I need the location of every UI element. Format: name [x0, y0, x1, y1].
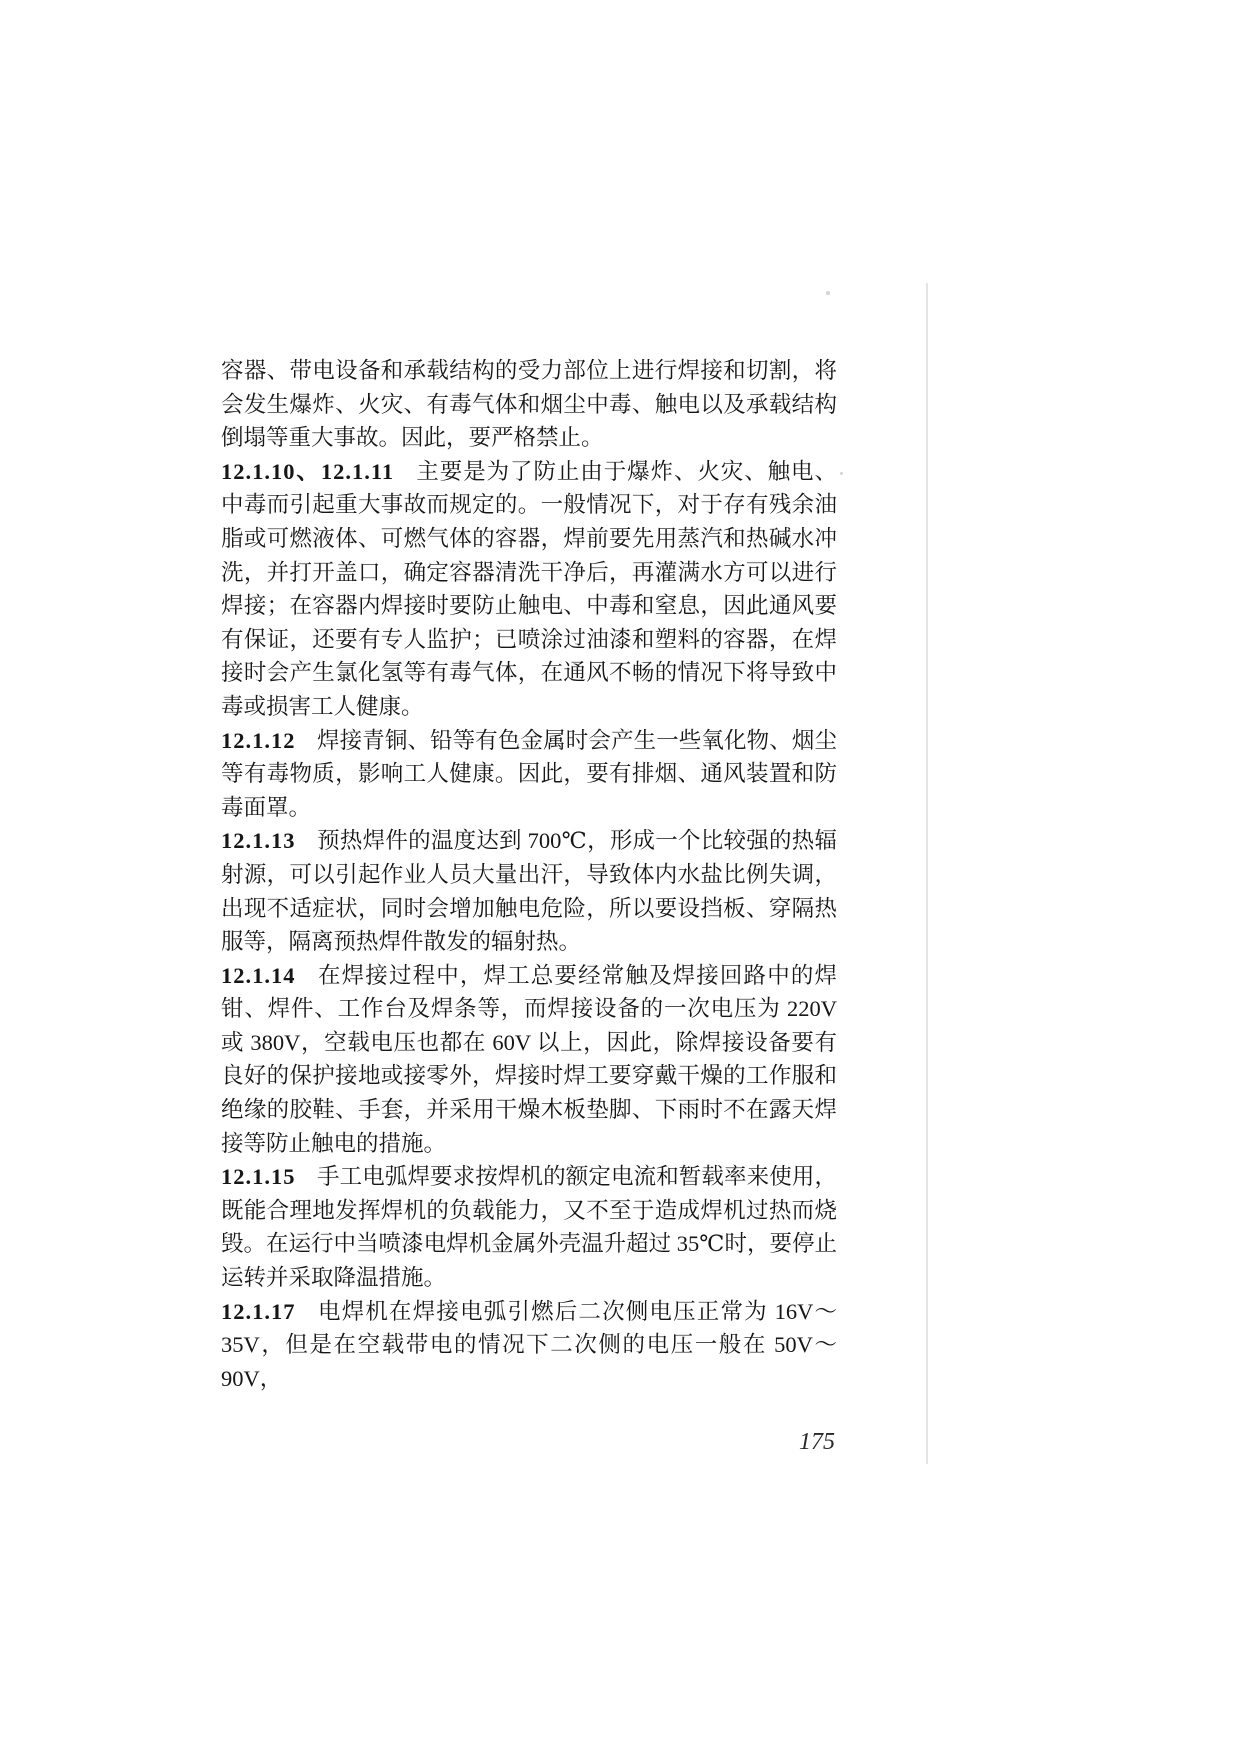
paragraph-text: 电焊机在焊接电弧引燃后二次侧电压正常为 16V～35V，但是在空载带电的情况下二… — [221, 1299, 837, 1391]
section-number: 12.1.14 — [221, 963, 296, 988]
paragraph-text: 容器、带电设备和承载结构的受力部位上进行焊接和切割，将会发生爆炸、火灾、有毒气体… — [221, 358, 837, 450]
paragraph-12-1-10-11: 12.1.10、12.1.11主要是为了防止由于爆炸、火灾、触电、中毒而引起重大… — [221, 455, 837, 724]
body-text-column: 容器、带电设备和承载结构的受力部位上进行焊接和切割，将会发生爆炸、火灾、有毒气体… — [221, 354, 837, 1460]
paragraph-text: 预热焊件的温度达到 700℃，形成一个比较强的热辐射源，可以引起作业人员大量出汗… — [221, 828, 837, 954]
section-number: 12.1.12 — [221, 728, 296, 753]
document-page: 容器、带电设备和承载结构的受力部位上进行焊接和切割，将会发生爆炸、火灾、有毒气体… — [0, 0, 1240, 1754]
paragraph-text: 主要是为了防止由于爆炸、火灾、触电、中毒而引起重大事故而规定的。一般情况下，对于… — [221, 459, 837, 719]
paragraph-12-1-15: 12.1.15手工电弧焊要求按焊机的额定电流和暂载率来使用，既能合理地发挥焊机的… — [221, 1160, 837, 1294]
scan-speck — [826, 291, 830, 295]
scan-speck — [840, 472, 843, 475]
section-number: 12.1.13 — [221, 828, 296, 853]
section-number: 12.1.10、12.1.11 — [221, 459, 394, 484]
paragraph-text: 手工电弧焊要求按焊机的额定电流和暂载率来使用，既能合理地发挥焊机的负载能力，又不… — [221, 1164, 837, 1290]
paragraph-12-1-17: 12.1.17电焊机在焊接电弧引燃后二次侧电压正常为 16V～35V，但是在空载… — [221, 1295, 837, 1396]
page-number: 175 — [221, 1426, 837, 1460]
paragraph-text: 焊接青铜、铅等有色金属时会产生一些氧化物、烟尘等有毒物质，影响工人健康。因此，要… — [221, 728, 837, 820]
paragraph-text: 在焊接过程中，焊工总要经常触及焊接回路中的焊钳、焊件、工作台及焊条等，而焊接设备… — [221, 963, 837, 1156]
scan-edge-line — [926, 283, 928, 1464]
paragraph-12-1-14: 12.1.14在焊接过程中，焊工总要经常触及焊接回路中的焊钳、焊件、工作台及焊条… — [221, 959, 837, 1161]
paragraph-continuation: 容器、带电设备和承载结构的受力部位上进行焊接和切割，将会发生爆炸、火灾、有毒气体… — [221, 354, 837, 455]
section-number: 12.1.15 — [221, 1164, 296, 1189]
paragraph-12-1-12: 12.1.12焊接青铜、铅等有色金属时会产生一些氧化物、烟尘等有毒物质，影响工人… — [221, 724, 837, 825]
paragraph-12-1-13: 12.1.13预热焊件的温度达到 700℃，形成一个比较强的热辐射源，可以引起作… — [221, 824, 837, 958]
section-number: 12.1.17 — [221, 1299, 296, 1324]
